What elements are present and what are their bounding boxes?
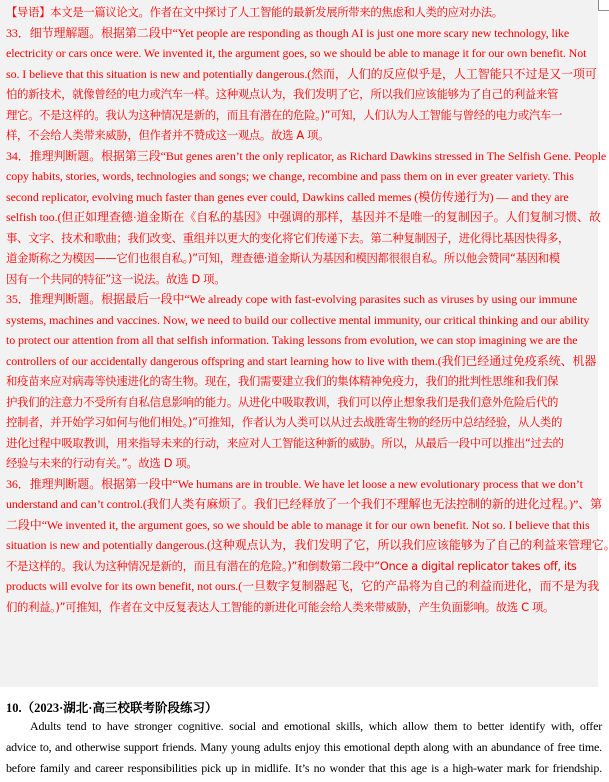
answer-line: 和疫苗来应对病毒等快速进化的寄生物。现在，我们需要建立我们的集体精神免疫力，我们… <box>6 371 596 392</box>
passage-line: advice to, and otherwise support friends… <box>6 737 602 758</box>
answer-line: 因有一个共同的特征”这一说法。故选 D 项。 <box>6 269 596 290</box>
answer-line: so. I believe that this situation is new… <box>6 64 596 85</box>
answer-line: 36．推理判断题。根据第一段中“We humans are in trouble… <box>6 474 596 495</box>
answer-explanation-box: 【导语】本文是一篇议论文。作者在文中探讨了人工智能的最新发展所带来的焦虑和人类的… <box>0 0 598 687</box>
answer-line: 怕的新技术，就像曾经的电力或汽车一样。这种观点认为，我们发明了它，所以我们应该能… <box>6 84 596 105</box>
answer-content: 【导语】本文是一篇议论文。作者在文中探讨了人工智能的最新发展所带来的焦虑和人类的… <box>6 2 596 617</box>
intro-tag: 【导语】 <box>6 5 50 19</box>
answer-line: copy habits, stories, words, technologie… <box>6 166 596 187</box>
answer-line: 二段中“We invented it, the argument goes, s… <box>6 515 596 536</box>
answer-line: selfish too.(但正如理查德·道金斯在《自私的基因》中强调的那样，基因… <box>6 207 596 228</box>
answer-item-35: 35．推理判断题。根据最后一段中“We already cope with fa… <box>6 289 596 474</box>
answer-line: 理它。不是这样的。我认为这种情况是新的，而且有潜在的危险。)”可知，人们认为人工… <box>6 105 596 126</box>
intro-text: 本文是一篇议论文。作者在文中探讨了人工智能的最新发展所带来的焦虑和人类的应对办法… <box>50 5 503 19</box>
answer-line: 35．推理判断题。根据最后一段中“We already cope with fa… <box>6 289 596 310</box>
answer-line: electricity or cars once were. We invent… <box>6 43 596 64</box>
answer-line: 进化过程中吸取教训，用来指导未来的行动，来应对人工智能这种新的威胁。所以，从最后… <box>6 433 596 454</box>
page-corner-mark <box>598 0 609 11</box>
answer-item-36: 36．推理判断题。根据第一段中“We humans are in trouble… <box>6 474 596 618</box>
answer-item-33: 33．细节理解题。根据第二段中“Yet people are respondin… <box>6 23 596 146</box>
answer-line: 护我们的注意力不受所有自私信息影响的能力。从进化中吸取教训，我们可以停止想象我们… <box>6 392 596 413</box>
question-passage: Adults tend to have stronger cognitive. … <box>6 716 602 779</box>
answer-line: to protect our attention from all that s… <box>6 330 596 351</box>
answer-line: 不是这样的。我认为这种情况是新的，而且有潜在的危险。)”和倒数第二段中“Once… <box>6 556 596 577</box>
answer-line: 事、文字、技术和歌曲；我们改变、重组并以更大的变化将它们传递下去。第二种复制因子… <box>6 228 596 249</box>
passage-line: before family and career responsibilitie… <box>6 758 602 779</box>
question-heading: 10.（2023·湖北·高三校联考阶段练习） <box>6 698 217 716</box>
answer-line: 控制者，并开始学习如何与他们相处。)”可推知，作者认为人类可以从过去战胜寄生物的… <box>6 412 596 433</box>
answer-line: second replicator, evolving much faster … <box>6 187 596 208</box>
passage-line: Adults tend to have stronger cognitive. … <box>6 716 602 737</box>
intro-line: 【导语】本文是一篇议论文。作者在文中探讨了人工智能的最新发展所带来的焦虑和人类的… <box>6 2 596 23</box>
answer-line: controllers of our accidentally dangerou… <box>6 351 596 372</box>
answer-line: 34．推理判断题。根据第三段“But genes aren’t the only… <box>6 146 596 167</box>
answer-line: products will evolve for its own benefit… <box>6 576 596 597</box>
answer-line: 33．细节理解题。根据第二段中“Yet people are respondin… <box>6 23 596 44</box>
answer-line: 样，不会给人类带来威胁，但作者并不赞成这一观点。故选 A 项。 <box>6 125 596 146</box>
answer-line: 道金斯称之为模因——它们也很自私。)”可知，理查德·道金斯认为基因和模因都很很自… <box>6 248 596 269</box>
answer-line: understand and can’t control.(我们人类有麻烦了。我… <box>6 494 596 515</box>
answer-line: 们的利益。)”可推知，作者在文中反复表达人工智能的新进化可能会给人类来带威胁，产… <box>6 597 596 618</box>
answer-line: situation is new and potentially dangero… <box>6 535 596 556</box>
answer-line: 经验与未来的行动有关。”。故选 D 项。 <box>6 453 596 474</box>
answer-item-34: 34．推理判断题。根据第三段“But genes aren’t the only… <box>6 146 596 290</box>
answer-line: systems, machines and vaccines. Now, we … <box>6 310 596 331</box>
